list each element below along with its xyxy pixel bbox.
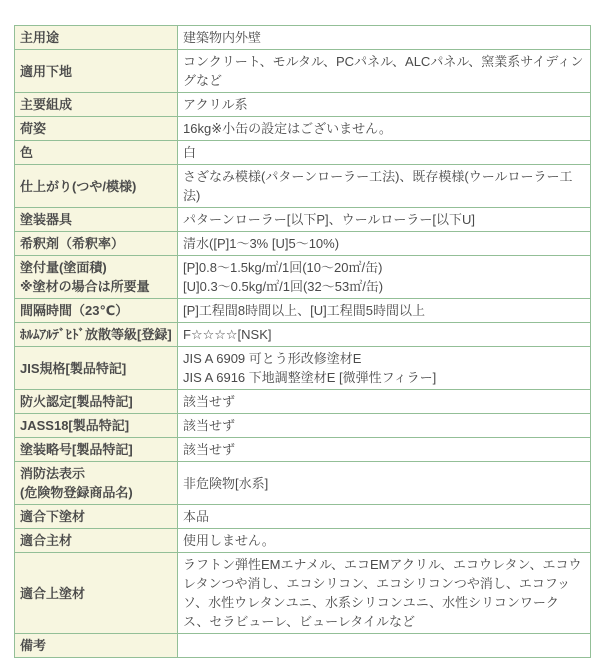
row-label: 適合主材 bbox=[15, 529, 178, 553]
row-label: 塗装器具 bbox=[15, 208, 178, 232]
row-label: JIS規格[製品特記] bbox=[15, 347, 178, 390]
row-label: 荷姿 bbox=[15, 117, 178, 141]
row-label: JASS18[製品特記] bbox=[15, 414, 178, 438]
table-row: 仕上がり(つや/模様) さざなみ模様(パターンローラー工法)、既存模様(ウールロ… bbox=[15, 165, 591, 208]
row-value: [P]工程間8時間以上、[U]工程間5時間以上 bbox=[178, 299, 591, 323]
table-row: 塗装略号[製品特記] 該当せず bbox=[15, 438, 591, 462]
table-row: 適用下地 コンクリート、モルタル、PCパネル、ALCパネル、窯業系サイディングな… bbox=[15, 50, 591, 93]
table-row: 防火認定[製品特記] 該当せず bbox=[15, 390, 591, 414]
row-value: 清水([P]1～3% [U]5～10%) bbox=[178, 232, 591, 256]
row-label: 適合上塗材 bbox=[15, 553, 178, 634]
row-value: さざなみ模様(パターンローラー工法)、既存模様(ウールローラー工法) bbox=[178, 165, 591, 208]
row-label: 適合下塗材 bbox=[15, 505, 178, 529]
row-label: 希釈剤（希釈率） bbox=[15, 232, 178, 256]
table-row: JASS18[製品特記] 該当せず bbox=[15, 414, 591, 438]
row-value: コンクリート、モルタル、PCパネル、ALCパネル、窯業系サイディングなど bbox=[178, 50, 591, 93]
row-value: アクリル系 bbox=[178, 93, 591, 117]
row-label: 消防法表示 (危険物登録商品名) bbox=[15, 462, 178, 505]
row-label: 主用途 bbox=[15, 26, 178, 50]
table-row: JIS規格[製品特記] JIS A 6909 可とう形改修塗材E JIS A 6… bbox=[15, 347, 591, 390]
row-value: 非危険物[水系] bbox=[178, 462, 591, 505]
table-row: 間隔時間（23℃） [P]工程間8時間以上、[U]工程間5時間以上 bbox=[15, 299, 591, 323]
row-label: 仕上がり(つや/模様) bbox=[15, 165, 178, 208]
row-value: [P]0.8～1.5kg/㎡/1回(10～20㎡/缶) [U]0.3～0.5kg… bbox=[178, 256, 591, 299]
table-row: 主要組成 アクリル系 bbox=[15, 93, 591, 117]
table-row: 消防法表示 (危険物登録商品名) 非危険物[水系] bbox=[15, 462, 591, 505]
product-spec-table: 主用途 建築物内外壁 適用下地 コンクリート、モルタル、PCパネル、ALCパネル… bbox=[14, 25, 591, 658]
row-label: ﾎﾙﾑｱﾙﾃﾞﾋﾄﾞ放散等級[登録] bbox=[15, 323, 178, 347]
row-value: JIS A 6909 可とう形改修塗材E JIS A 6916 下地調整塗材E … bbox=[178, 347, 591, 390]
table-row: ﾎﾙﾑｱﾙﾃﾞﾋﾄﾞ放散等級[登録] F☆☆☆☆[NSK] bbox=[15, 323, 591, 347]
table-row: 色 白 bbox=[15, 141, 591, 165]
row-value: 16kg※小缶の設定はございません。 bbox=[178, 117, 591, 141]
row-value: F☆☆☆☆[NSK] bbox=[178, 323, 591, 347]
row-label: 適用下地 bbox=[15, 50, 178, 93]
row-label: 塗付量(塗面積) ※塗材の場合は所要量 bbox=[15, 256, 178, 299]
table-row: 備考 bbox=[15, 634, 591, 658]
row-value: パターンローラー[以下P]、ウールローラー[以下U] bbox=[178, 208, 591, 232]
table-row: 塗装器具 パターンローラー[以下P]、ウールローラー[以下U] bbox=[15, 208, 591, 232]
row-label: 塗装略号[製品特記] bbox=[15, 438, 178, 462]
table-row: 希釈剤（希釈率） 清水([P]1～3% [U]5～10%) bbox=[15, 232, 591, 256]
row-label: 間隔時間（23℃） bbox=[15, 299, 178, 323]
row-value: 本品 bbox=[178, 505, 591, 529]
row-value: 該当せず bbox=[178, 438, 591, 462]
row-label: 防火認定[製品特記] bbox=[15, 390, 178, 414]
table-row: 主用途 建築物内外壁 bbox=[15, 26, 591, 50]
row-value: 使用しません。 bbox=[178, 529, 591, 553]
table-row: 適合下塗材 本品 bbox=[15, 505, 591, 529]
row-value: ラフトン弾性EMエナメル、エコEMアクリル、エコウレタン、エコウレタンつや消し、… bbox=[178, 553, 591, 634]
page: 主用途 建築物内外壁 適用下地 コンクリート、モルタル、PCパネル、ALCパネル… bbox=[0, 0, 600, 600]
row-label: 色 bbox=[15, 141, 178, 165]
row-value: 該当せず bbox=[178, 414, 591, 438]
table-row: 荷姿 16kg※小缶の設定はございません。 bbox=[15, 117, 591, 141]
row-label: 備考 bbox=[15, 634, 178, 658]
row-label: 主要組成 bbox=[15, 93, 178, 117]
table-row: 塗付量(塗面積) ※塗材の場合は所要量 [P]0.8～1.5kg/㎡/1回(10… bbox=[15, 256, 591, 299]
row-value: 該当せず bbox=[178, 390, 591, 414]
table-row: 適合主材 使用しません。 bbox=[15, 529, 591, 553]
row-value: 白 bbox=[178, 141, 591, 165]
row-value: 建築物内外壁 bbox=[178, 26, 591, 50]
row-value bbox=[178, 634, 591, 658]
table-row: 適合上塗材 ラフトン弾性EMエナメル、エコEMアクリル、エコウレタン、エコウレタ… bbox=[15, 553, 591, 634]
